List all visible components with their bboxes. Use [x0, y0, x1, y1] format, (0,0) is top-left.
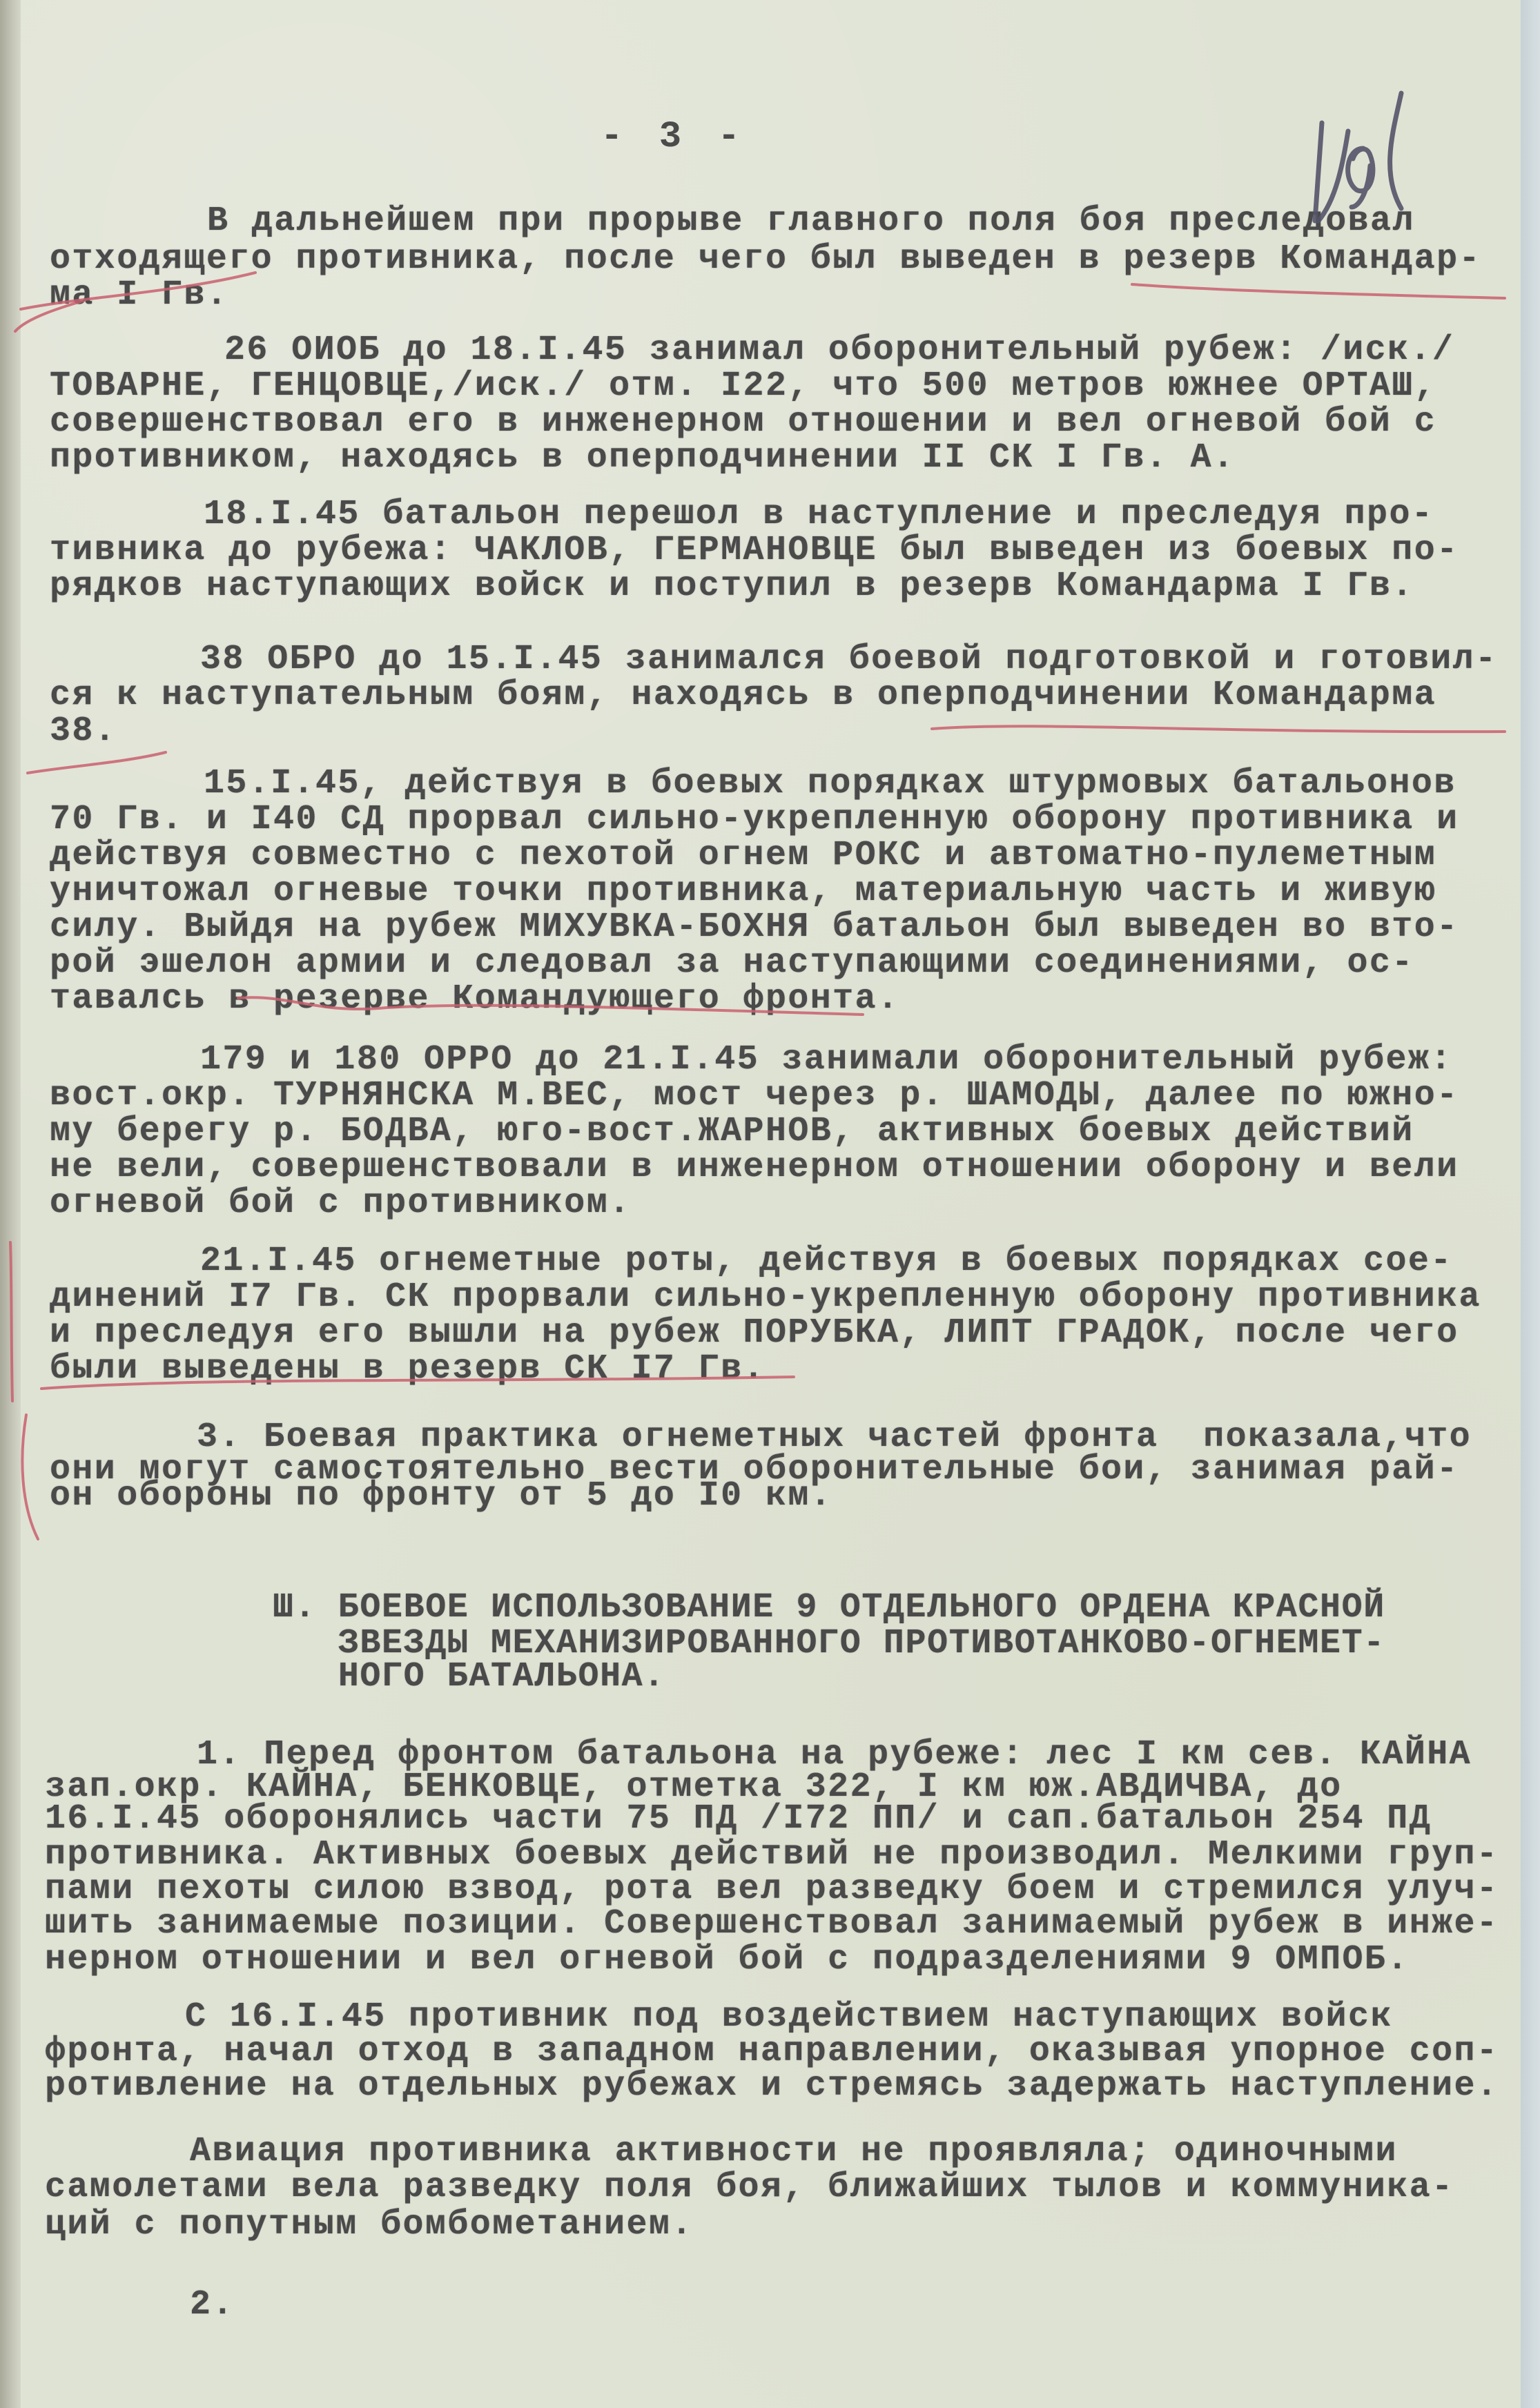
text-line: действуя совместно с пехотой огнем РОКС … — [50, 836, 1436, 875]
text-line: ротивление на отдельных рубежах и стремя… — [45, 2067, 1499, 2106]
text-line: 21.I.45 огнеметные роты, действуя в боев… — [200, 1242, 1453, 1281]
text-line: фронта, начал отход в западном направлен… — [45, 2033, 1499, 2071]
text-line: ТОВАРНЕ, ГЕНЦОВЦЕ,/иск./ отм. I22, что 5… — [50, 367, 1436, 406]
text-line: силу. Выйдя на рубеж МИХУВКА-БОХНЯ батал… — [50, 908, 1459, 947]
text-line: он обороны по фронту от 5 до I0 км. — [50, 1477, 832, 1516]
text-line: совершенствовал его в инженерном отношен… — [50, 403, 1436, 442]
text-line: тавалсь в резерве Командующего фронта. — [50, 980, 899, 1019]
text-line: ций с попутным бомбометанием. — [45, 2206, 694, 2244]
text-line: динений I7 Гв. СК прорвали сильно-укрепл… — [50, 1278, 1481, 1317]
heading-line: НОГО БАТАЛЬОНА. — [273, 1658, 665, 1696]
text-line: уничтожал огневые точки противника, мате… — [50, 872, 1436, 911]
text-line: ма I Гв. — [50, 276, 228, 315]
page-binding-shadow — [0, 0, 23, 2408]
text-line: В дальнейшем при прорыве главного поля б… — [207, 202, 1477, 241]
text-line: были выведены в резерв СК I7 Гв. — [50, 1350, 766, 1389]
text-line: му берегу р. БОДВА, юго-вост.ЖАРНОВ, акт… — [50, 1113, 1414, 1151]
text-line: 38. — [50, 712, 117, 751]
text-line: 70 Гв. и I40 СД прорвал сильно-укрепленн… — [50, 801, 1459, 839]
text-line: тивника до рубежа: ЧАКЛОВ, ГЕРМАНОВЦЕ бы… — [50, 531, 1459, 570]
text-line: 18.I.45 батальон перешол в наступление и… — [204, 496, 1434, 534]
text-line: огневой бой с противником. — [50, 1184, 632, 1223]
text-line: 179 и 180 ОРРО до 21.I.45 занимали оборо… — [200, 1041, 1453, 1079]
text-line: ся к наступательным боям, находясь в опе… — [50, 676, 1436, 715]
text-line: 38 ОБРО до 15.I.45 занимался боевой подг… — [200, 640, 1497, 679]
text-line: пами пехоты силою взвод, рота вел развед… — [45, 1870, 1499, 1909]
text-line: 16.I.45 оборонялись части 75 ПД /I72 ПП/… — [45, 1800, 1432, 1839]
text-line: вост.окр. ТУРНЯНСКА М.ВЕС, мост через р.… — [50, 1077, 1459, 1115]
scan-background-edge — [1521, 0, 1540, 2408]
text-line: отходящего противника, после чего был вы… — [50, 240, 1481, 279]
text-line: рой эшелон армии и следовал за наступающ… — [50, 944, 1414, 983]
text-line: 2. — [190, 2286, 235, 2324]
text-line: самолетами вела разведку поля боя, ближа… — [45, 2169, 1454, 2207]
text-line: и преследуя его вышли на рубеж ПОРУБКА, … — [50, 1314, 1459, 1353]
text-line: С 16.I.45 противник под воздействием нас… — [185, 1998, 1393, 2037]
text-line: нерном отношении и вел огневой бой с под… — [45, 1941, 1410, 1979]
text-line: Авиация противника активности не проявля… — [190, 2133, 1398, 2171]
text-line: 15.I.45, действуя в боевых порядках штур… — [204, 765, 1456, 803]
text-line: противником, находясь в оперподчинении I… — [50, 439, 1235, 478]
text-line: не вели, совершенствовали в инженерном о… — [50, 1148, 1459, 1187]
page-number: - 3 - — [601, 116, 747, 158]
heading-line: Ш. БОЕВОЕ ИСПОЛЬЗОВАНИЕ 9 ОТДЕЛЬНОГО ОРД… — [273, 1589, 1385, 1627]
text-line: шить занимаемые позиции. Совершенствовал… — [45, 1905, 1499, 1944]
text-line: противника. Активных боевых действий не … — [45, 1836, 1499, 1874]
text-line: рядков наступающих войск и поступил в ре… — [50, 567, 1414, 606]
text-line: 26 ОИОБ до 18.I.45 занимал оборонительны… — [224, 331, 1454, 370]
